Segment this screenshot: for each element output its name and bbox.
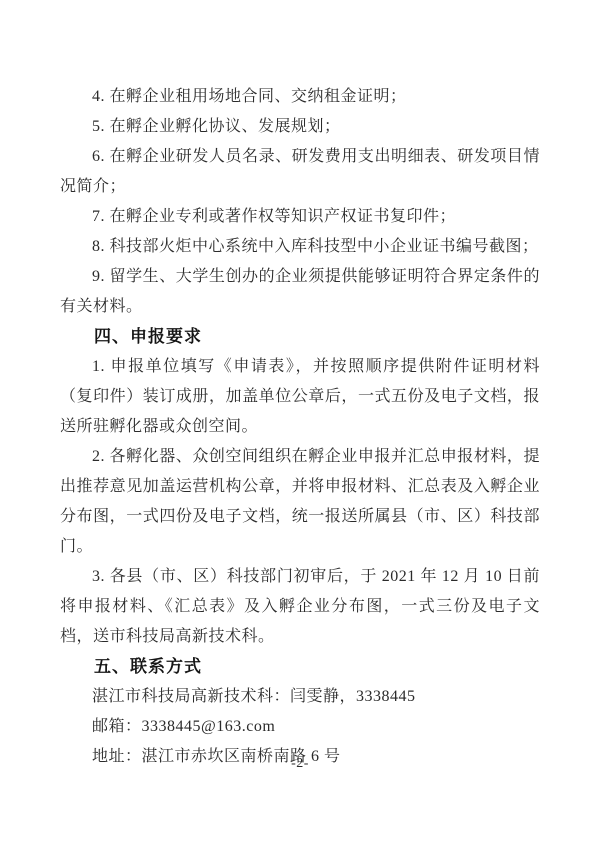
section-heading-application-requirements: 四、申报要求 [60, 322, 540, 352]
list-item-6: 6. 在孵企业研发人员名录、研发费用支出明细表、研发项目情况简介； [60, 142, 540, 202]
section-heading-contact-info: 五、联系方式 [60, 652, 540, 682]
requirements-paragraph-2: 2. 各孵化器、众创空间组织在孵企业申报并汇总申报材料，提出推荐意见加盖运营机构… [60, 442, 540, 562]
requirements-paragraph-1: 1. 申报单位填写《申请表》，并按照顺序提供附件证明材料（复印件）装订成册，加盖… [60, 352, 540, 442]
requirements-paragraph-3: 3. 各县（市、区）科技部门初审后，于 2021 年 12 月 10 日前将申报… [60, 562, 540, 652]
list-item-8: 8. 科技部火炬中心系统中入库科技型中小企业证书编号截图； [60, 232, 540, 262]
contact-line-department: 湛江市科技局高新技术科：闫雯静，3338445 [60, 682, 540, 712]
page-number: -2- [0, 755, 600, 773]
list-item-9: 9. 留学生、大学生创办的企业须提供能够证明符合界定条件的有关材料。 [60, 262, 540, 322]
list-item-7: 7. 在孵企业专利或著作权等知识产权证书复印件； [60, 202, 540, 232]
list-item-5: 5. 在孵企业孵化协议、发展规划； [60, 112, 540, 142]
contact-line-email: 邮箱：3338445@163.com [60, 712, 540, 742]
document-page: 4. 在孵企业租用场地合同、交纳租金证明； 5. 在孵企业孵化协议、发展规划； … [0, 0, 600, 848]
document-body: 4. 在孵企业租用场地合同、交纳租金证明； 5. 在孵企业孵化协议、发展规划； … [60, 82, 540, 772]
list-item-4: 4. 在孵企业租用场地合同、交纳租金证明； [60, 82, 540, 112]
